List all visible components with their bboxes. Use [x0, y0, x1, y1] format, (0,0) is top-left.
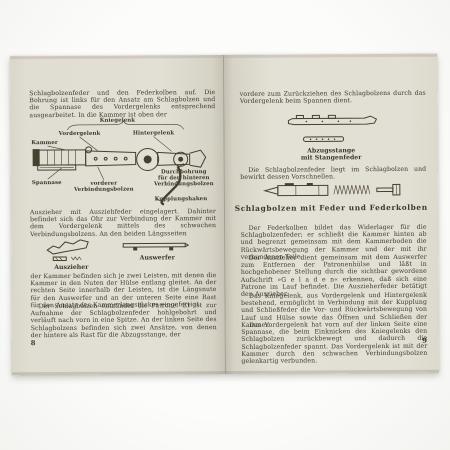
- right-paragraph-feder: Die Schlagbolzenfeder liegt im Schlagbol…: [240, 166, 426, 182]
- left-page-number: 8: [31, 339, 36, 347]
- book-photo: Schlagbolzenfeder und den Federkolben au…: [0, 0, 450, 450]
- right-paragraph-top: vordere zum Zurückziehen des Schlagbolze…: [240, 90, 426, 106]
- caption-auswerfer: Auswerfer: [133, 254, 181, 261]
- left-paragraph-top: Schlagbolzenfeder und den Federkolben au…: [29, 89, 215, 119]
- trigger-bar-drawing: [286, 113, 378, 130]
- ejector-drawing: [121, 241, 189, 252]
- extractor-drawing: [45, 237, 91, 263]
- open-book-spread: Schlagbolzenfeder und den Federkolben au…: [10, 54, 439, 376]
- right-page-number: 9: [422, 337, 427, 345]
- bolt-mechanism-figure: Kniegelenk Vordergelenk Hintergelenk Kam…: [27, 117, 220, 213]
- heading-schlagbolzen: Schlagbolzen mit Feder und Federkolben: [224, 203, 438, 213]
- left-paragraph-mid: Auszieher mit Ausziehfeder eingelagert. …: [30, 208, 216, 238]
- caption-auszieher: Auszieher: [51, 264, 91, 271]
- firing-pin-assembly-drawing: [262, 181, 404, 200]
- left-paragraph-bottom: Der Schlagbolzen entzündet die Patrone. …: [31, 302, 217, 339]
- caption-abzugsstange: Abzugsstange mit Stangenfeder: [282, 147, 380, 162]
- left-page: Schlagbolzenfeder und den Federkolben au…: [10, 55, 225, 375]
- right-page: vordere zum Zurückziehen des Schlagbolze…: [224, 54, 439, 374]
- right-paragraph-vordergelenk: Das Vordergelenk hat vorn auf der linken…: [241, 321, 427, 365]
- bar-spring-drawing: [302, 135, 346, 143]
- bolt-mechanism-drawing: [27, 117, 220, 213]
